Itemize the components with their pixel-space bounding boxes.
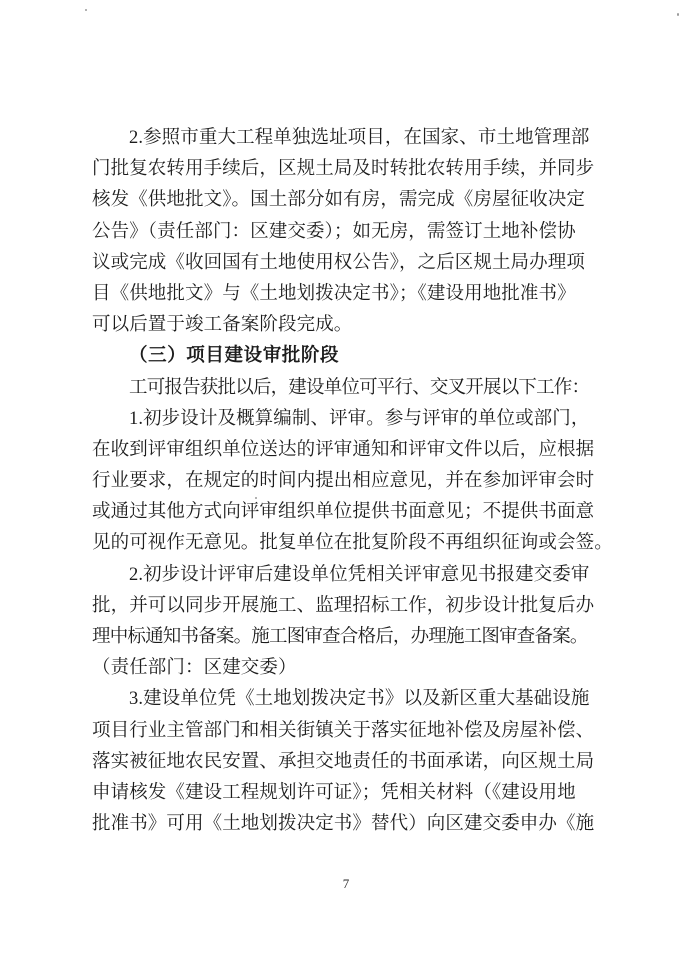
text-line: 落实被征地农民安置、承担交地责任的书面承诺，向区规土局: [92, 747, 598, 778]
text-line: 见的可视作无意见。批复单位在批复阶段不再组织征询或会签。: [92, 528, 598, 559]
scan-speck: [255, 497, 257, 499]
text-line: 2.初步设计评审后建设单位凭相关评审意见书报建交委审: [92, 560, 598, 591]
text-line: 核发《供地批文》。国土部分如有房，需完成《房屋征收决定: [92, 185, 598, 216]
text-line: 申请核发《建设工程规划许可证》；凭相关材料（《建设用地: [92, 778, 598, 809]
scan-speck: [85, 9, 87, 11]
document-body: 2.参照市重大工程单独选址项目，在国家、市土地管理部 门批复农转用手续后，区规土…: [92, 123, 598, 840]
scan-speck: [677, 13, 679, 16]
text-line: 批，并可以同步开展施工、监理招标工作，初步设计批复后办: [92, 591, 598, 622]
text-line: 项目行业主管部门和相关街镇关于落实征地补偿及房屋补偿、: [92, 716, 598, 747]
page-number: 7: [0, 876, 680, 892]
text-line: 行业要求，在规定的时间内提出相应意见，并在参加评审会时: [92, 466, 598, 497]
text-line: 3.建设单位凭《土地划拨决定书》以及新区重大基础设施: [92, 684, 598, 715]
text-line: 或通过其他方式向评审组织单位提供书面意见；不提供书面意: [92, 497, 598, 528]
text-line: 可以后置于竣工备案阶段完成。: [92, 310, 598, 341]
text-line: 1.初步设计及概算编制、评审。参与评审的单位或部门，: [92, 404, 598, 435]
section-heading: （三）项目建设审批阶段: [92, 341, 598, 372]
text-line: （责任部门：区建交委）: [92, 653, 598, 684]
text-line: 工可报告获批以后，建设单位可平行、交叉开展以下工作：: [92, 373, 598, 404]
document-page: 2.参照市重大工程单独选址项目，在国家、市土地管理部 门批复农转用手续后，区规土…: [0, 0, 680, 969]
text-line: 在收到评审组织单位送达的评审通知和评审文件以后，应根据: [92, 435, 598, 466]
text-line: 公告》（责任部门：区建交委）；如无房，需签订土地补偿协: [92, 217, 598, 248]
text-line: 目《供地批文》与《土地划拨决定书》；《建设用地批准书》: [92, 279, 598, 310]
text-line: 2.参照市重大工程单独选址项目，在国家、市土地管理部: [92, 123, 598, 154]
text-line: 议或完成《收回国有土地使用权公告》，之后区规土局办理项: [92, 248, 598, 279]
text-line: 门批复农转用手续后，区规土局及时转批农转用手续，并同步: [92, 154, 598, 185]
text-line: 理中标通知书备案。施工图审查合格后，办理施工图审查备案。: [92, 622, 598, 653]
text-line: 批准书》可用《土地划拨决定书》替代）向区建交委申办《施: [92, 809, 598, 840]
